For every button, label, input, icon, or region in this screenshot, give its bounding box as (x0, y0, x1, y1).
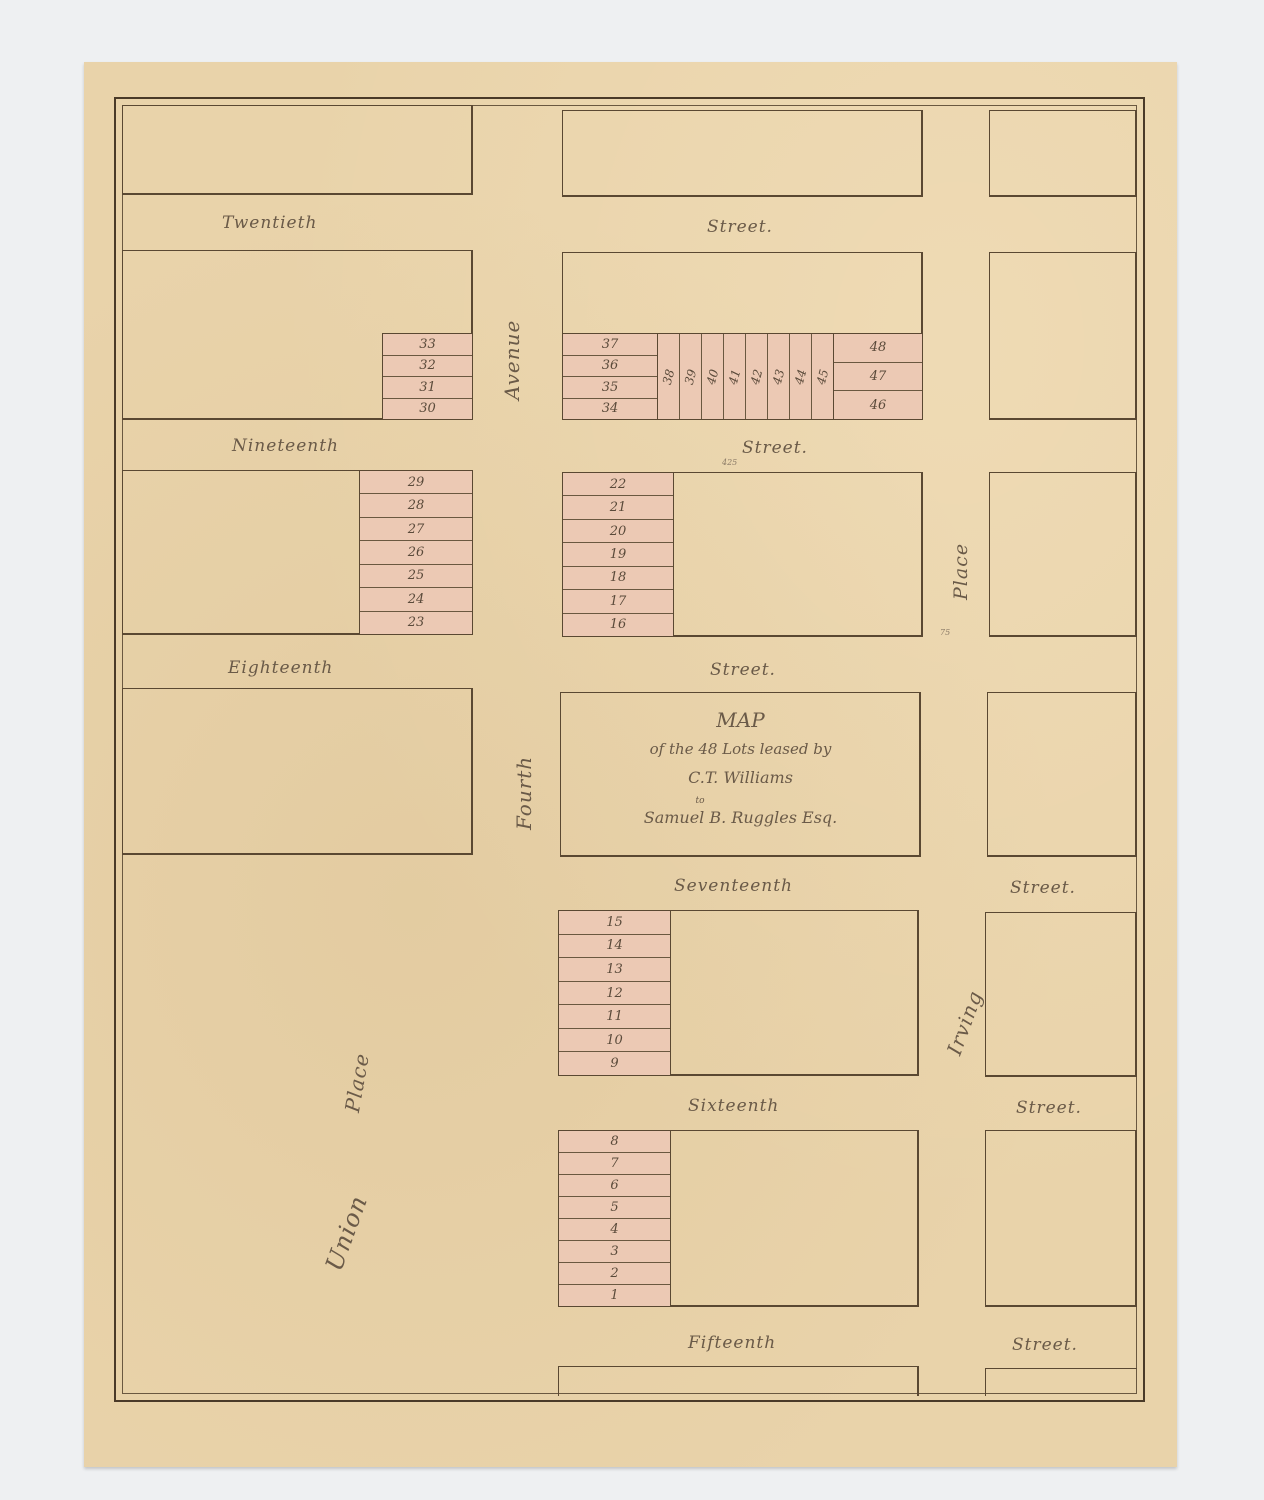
lot[interactable]: 3 (559, 1241, 670, 1263)
street-label-fifteenth: Fifteenth (688, 1333, 776, 1353)
lot[interactable]: 28 (360, 494, 472, 517)
lot[interactable]: 29 (360, 471, 472, 494)
street-label-sixteenth: Sixteenth (688, 1096, 779, 1116)
lot[interactable]: 46 (834, 391, 922, 419)
block-top-left (122, 105, 473, 195)
lot-group-e: 15 14 13 12 11 10 9 (558, 910, 671, 1076)
lot[interactable]: 4 (559, 1219, 670, 1241)
lot[interactable]: 5 (559, 1197, 670, 1219)
map-to: to (680, 796, 720, 806)
lot[interactable]: 35 (563, 377, 657, 399)
lot-group-f: 8 7 6 5 4 3 2 1 (558, 1130, 671, 1307)
lot-number: 41 (726, 367, 743, 385)
street-label-seventeenth-street: Street. (1010, 878, 1076, 898)
lot[interactable]: 40 (702, 334, 724, 419)
block-bottom-center (558, 1366, 919, 1396)
block-17th-right (985, 912, 1137, 1077)
lot[interactable]: 30 (383, 399, 472, 420)
lot[interactable]: 43 (768, 334, 790, 419)
lot[interactable]: 32 (383, 356, 472, 378)
street-label-eighteenth: Eighteenth (228, 658, 333, 678)
lot[interactable]: 20 (563, 520, 673, 543)
lot[interactable]: 41 (724, 334, 746, 419)
lot[interactable]: 21 (563, 496, 673, 519)
lot[interactable]: 18 (563, 567, 673, 590)
lot[interactable]: 44 (790, 334, 812, 419)
lot[interactable]: 11 (559, 1005, 670, 1029)
lot[interactable]: 48 (834, 334, 922, 363)
lot[interactable]: 38 (658, 334, 680, 419)
street-label-nineteenth-street: Street. (742, 438, 808, 458)
lot[interactable]: 24 (360, 588, 472, 611)
lot[interactable]: 36 (563, 356, 657, 378)
pencil-note: 75 (940, 628, 950, 637)
street-label-irving-place: Place (950, 543, 972, 600)
lot[interactable]: 7 (559, 1153, 670, 1175)
lot-group-d: 22 21 20 19 18 17 16 (562, 472, 674, 637)
lot-number: 42 (748, 367, 765, 385)
block-16th-right (985, 1130, 1137, 1307)
lot[interactable]: 2 (559, 1263, 670, 1285)
lot-number: 39 (682, 367, 699, 385)
lot-number: 40 (704, 367, 721, 385)
map-lessee: Samuel B. Ruggles Esq. (560, 808, 921, 827)
street-label-fourth: Fourth (512, 756, 536, 830)
lot-number: 43 (770, 367, 787, 385)
street-label-seventeenth: Seventeenth (674, 876, 793, 896)
lot[interactable]: 47 (834, 363, 922, 392)
lot-number: 38 (660, 367, 677, 385)
map-lessor: C.T. Williams (560, 768, 921, 787)
lot-number: 45 (814, 367, 831, 385)
lot-group-b-right: 48 47 46 (833, 333, 923, 420)
lot[interactable]: 9 (559, 1052, 670, 1075)
lot[interactable]: 12 (559, 982, 670, 1006)
lot-group-c: 29 28 27 26 25 24 23 (359, 470, 473, 635)
pencil-note: 425 (722, 458, 737, 467)
block-18th-right (987, 692, 1137, 857)
lot[interactable]: 34 (563, 399, 657, 420)
lot[interactable]: 33 (383, 334, 472, 356)
lot[interactable]: 42 (746, 334, 768, 419)
lot-group-b-rows: 37 36 35 34 (562, 333, 658, 420)
lot[interactable]: 23 (360, 612, 472, 634)
block-18th-left (122, 688, 473, 855)
lot[interactable]: 10 (559, 1029, 670, 1053)
lot[interactable]: 26 (360, 541, 472, 564)
lot[interactable]: 16 (563, 614, 673, 636)
street-label-twentieth: Twentieth (222, 213, 317, 233)
block-top-center (562, 110, 923, 197)
lot[interactable]: 19 (563, 543, 673, 566)
lot[interactable]: 13 (559, 958, 670, 982)
street-label-sixteenth-street: Street. (1016, 1098, 1082, 1118)
lot[interactable]: 8 (559, 1131, 670, 1153)
lot[interactable]: 6 (559, 1175, 670, 1197)
lot[interactable]: 15 (559, 911, 670, 935)
lot[interactable]: 31 (383, 377, 472, 399)
lot-group-a: 33 32 31 30 (382, 333, 473, 420)
lot[interactable]: 45 (812, 334, 833, 419)
lot[interactable]: 25 (360, 565, 472, 588)
lot[interactable]: 22 (563, 473, 673, 496)
lot[interactable]: 39 (680, 334, 702, 419)
street-label-fifteenth-street: Street. (1012, 1335, 1078, 1355)
lot[interactable]: 1 (559, 1285, 670, 1306)
map-title: MAP (560, 708, 921, 732)
lot[interactable]: 37 (563, 334, 657, 356)
block-top-right (989, 110, 1137, 197)
block-19th-right (989, 472, 1137, 637)
street-label-avenue: Avenue (500, 320, 524, 400)
street-label-eighteenth-street: Street. (710, 660, 776, 680)
street-label-twentieth-street: Street. (707, 217, 773, 237)
block-bottom-right (985, 1368, 1137, 1396)
lot[interactable]: 14 (559, 935, 670, 959)
lot[interactable]: 17 (563, 590, 673, 613)
lot-group-b-cols: 38 39 40 41 42 43 44 45 (657, 333, 834, 420)
block-20th-right (989, 252, 1137, 420)
lot-number: 44 (792, 367, 809, 385)
street-label-nineteenth: Nineteenth (232, 436, 339, 456)
lot[interactable]: 27 (360, 518, 472, 541)
map-subtitle: of the 48 Lots leased by (560, 740, 921, 758)
